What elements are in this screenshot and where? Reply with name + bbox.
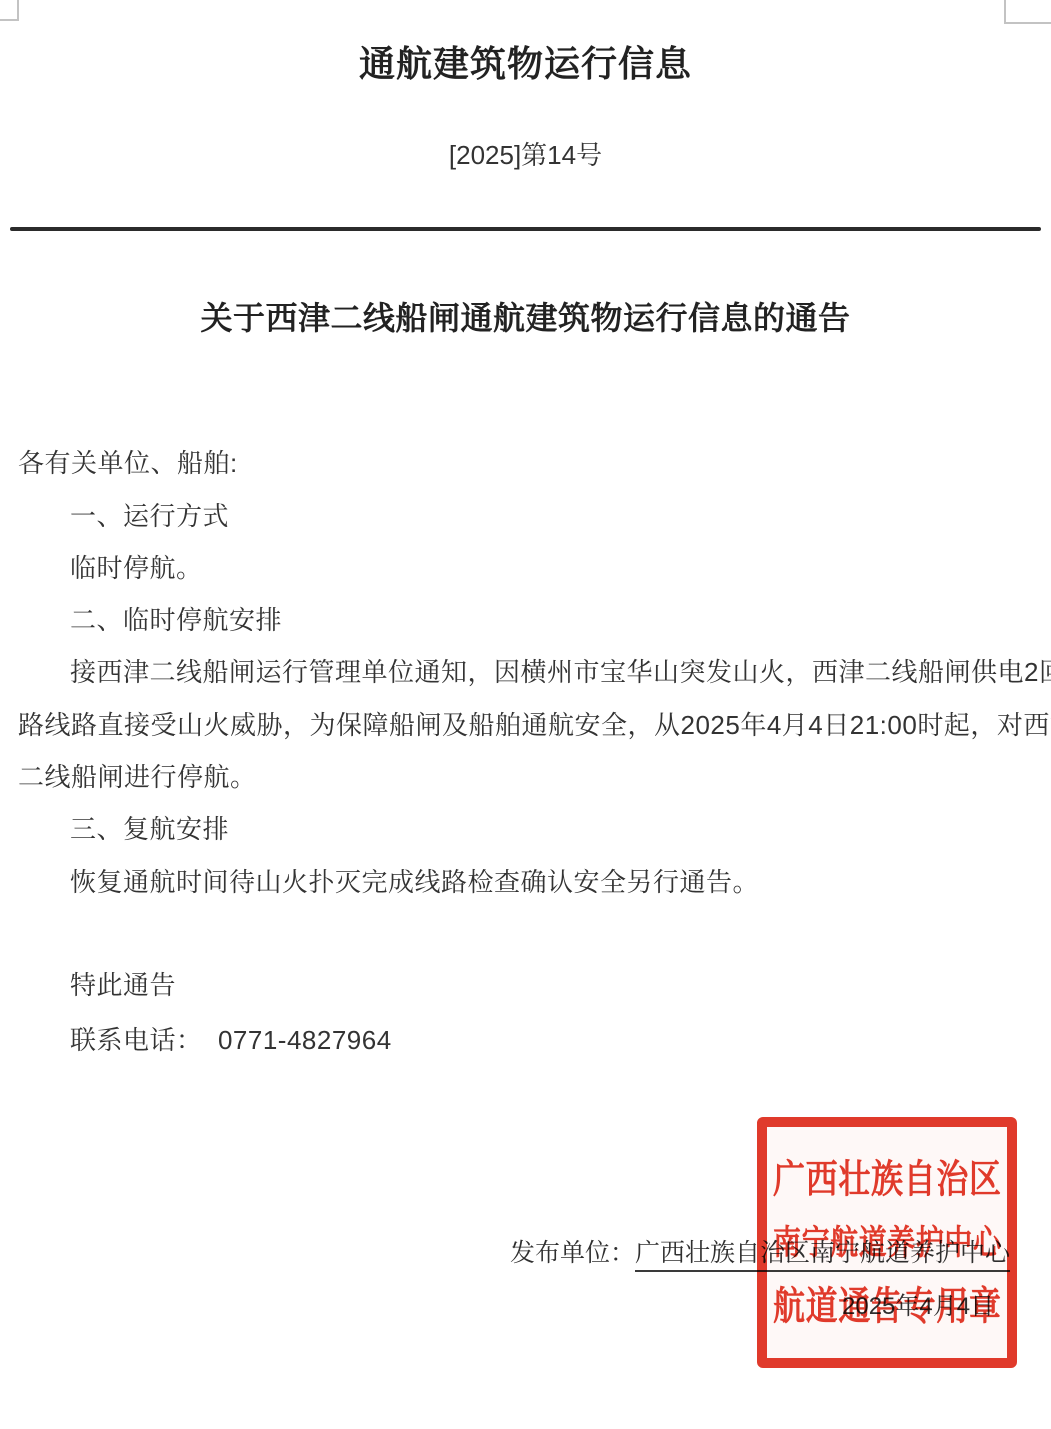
section-heading-1: 一、运行方式: [70, 498, 1037, 534]
page-title: 通航建筑物运行信息: [0, 42, 1051, 86]
section-2-body-line-1: 接西津二线船闸运行管理单位通知，因横州市宝华山突发山火，西津二线船闸供电2回: [70, 654, 1037, 690]
stamp-row-region: 广西壮族自治区: [773, 1159, 1001, 1198]
publisher-label: 发布单位：: [510, 1239, 635, 1267]
notice-title: 关于西津二线船闸通航建筑物运行信息的通告: [0, 296, 1051, 340]
official-stamp: 广西壮族自治区 南宁航道养护中心 航道通告专用章: [757, 1117, 1017, 1368]
closing-line: 特此通告: [70, 967, 1037, 1003]
salutation-line: 各有关单位、船舶:: [18, 445, 1037, 481]
section-1-body: 临时停航。: [70, 550, 1037, 586]
stamp-row-seal-type: 航道通告专用章: [773, 1287, 1001, 1326]
section-2-body-line-3: 二线船闸进行停航。: [18, 759, 1037, 795]
section-heading-2: 二、临时停航安排: [70, 602, 1037, 638]
notice-document: 通航建筑物运行信息 [2025]第14号 关于西津二线船闸通航建筑物运行信息的通…: [0, 0, 1051, 1429]
section-2-body-line-2: 路线路直接受山火威胁，为保障船闸及船舶通航安全，从2025年4月4日21:00时…: [18, 707, 1037, 743]
contact-phone-line: 联系电话： 0771-4827964: [70, 1022, 1037, 1058]
doc-number: [2025]第14号: [0, 137, 1051, 173]
section-heading-3: 三、复航安排: [70, 811, 1037, 847]
corner-bracket-right: [1004, 0, 1051, 24]
corner-bracket-left: [0, 0, 19, 21]
section-3-body: 恢复通航时间待山火扑灭完成线路检查确认安全另行通告。: [70, 864, 1037, 900]
stamp-row-org: 南宁航道养护中心: [773, 1225, 1001, 1259]
header-divider: [10, 227, 1041, 231]
